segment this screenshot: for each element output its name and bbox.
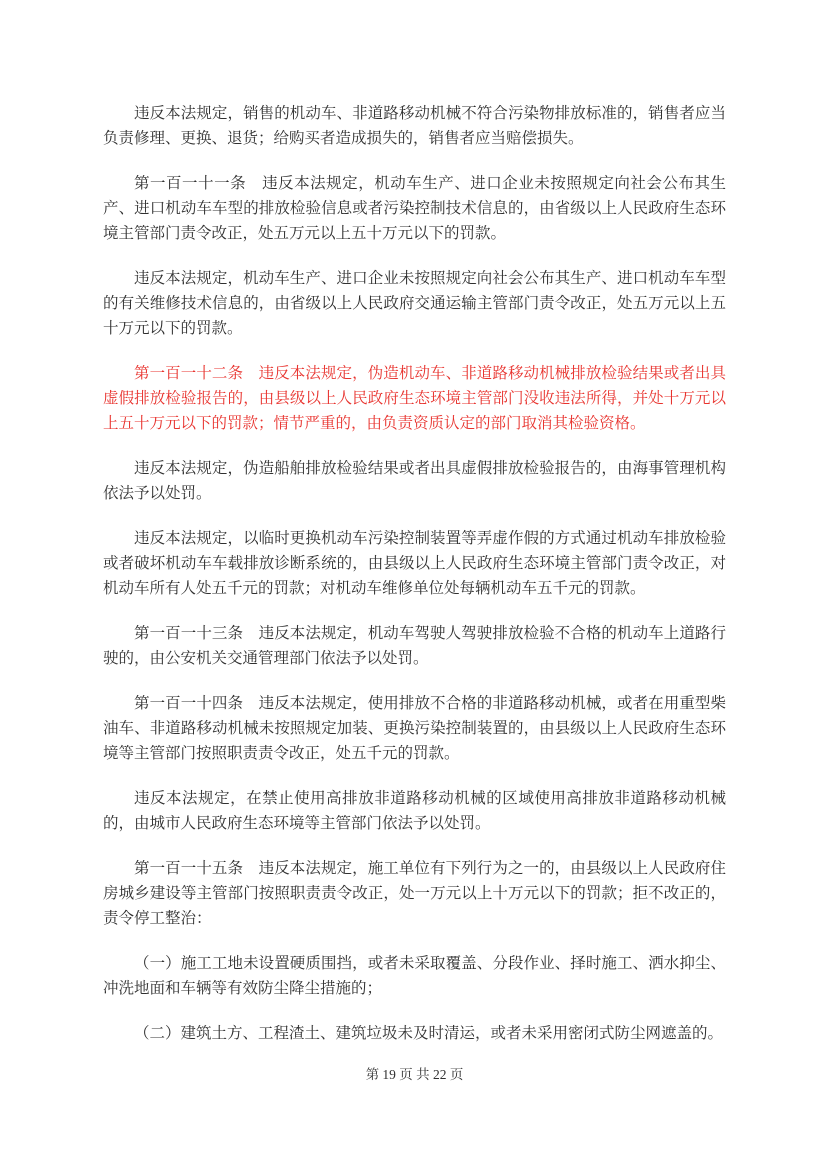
document-body: 违反本法规定，销售的机动车、非道路移动机械不符合污染物排放标准的，销售者应当负责… xyxy=(103,101,726,1046)
law-paragraph: 违反本法规定，机动车生产、进口企业未按照规定向社会公布其生产、进口机动车车型的有… xyxy=(103,266,726,341)
law-paragraph: 第一百一十三条 违反本法规定，机动车驾驶人驾驶排放检验不合格的机动车上道路行驶的… xyxy=(103,621,726,671)
law-paragraph: 第一百一十五条 违反本法规定，施工单位有下列行为之一的，由县级以上人民政府住房城… xyxy=(103,856,726,931)
law-paragraph: （二）建筑土方、工程渣土、建筑垃圾未及时清运，或者未采用密闭式防尘网遮盖的。 xyxy=(103,1021,726,1046)
page-number-indicator: 第 19 页 共 22 页 xyxy=(366,1067,464,1082)
law-paragraph: 违反本法规定，销售的机动车、非道路移动机械不符合污染物排放标准的，销售者应当负责… xyxy=(103,101,726,151)
law-paragraph: 违反本法规定，在禁止使用高排放非道路移动机械的区域使用高排放非道路移动机械的，由… xyxy=(103,786,726,836)
page-footer: 第 19 页 共 22 页 xyxy=(103,1066,726,1084)
law-paragraph: 违反本法规定，伪造船舶排放检验结果或者出具虚假排放检验报告的，由海事管理机构依法… xyxy=(103,456,726,506)
law-paragraph: （一）施工工地未设置硬质围挡，或者未采取覆盖、分段作业、择时施工、洒水抑尘、冲洗… xyxy=(103,951,726,1001)
law-paragraph: 第一百一十四条 违反本法规定，使用排放不合格的非道路移动机械，或者在用重型柴油车… xyxy=(103,691,726,766)
document-page: 违反本法规定，销售的机动车、非道路移动机械不符合污染物排放标准的，销售者应当负责… xyxy=(0,0,827,1170)
law-paragraph-highlighted: 第一百一十二条 违反本法规定，伪造机动车、非道路移动机械排放检验结果或者出具虚假… xyxy=(103,361,726,436)
law-paragraph: 违反本法规定，以临时更换机动车污染控制装置等弄虚作假的方式通过机动车排放检验或者… xyxy=(103,526,726,601)
law-paragraph: 第一百一十一条 违反本法规定，机动车生产、进口企业未按照规定向社会公布其生产、进… xyxy=(103,171,726,246)
